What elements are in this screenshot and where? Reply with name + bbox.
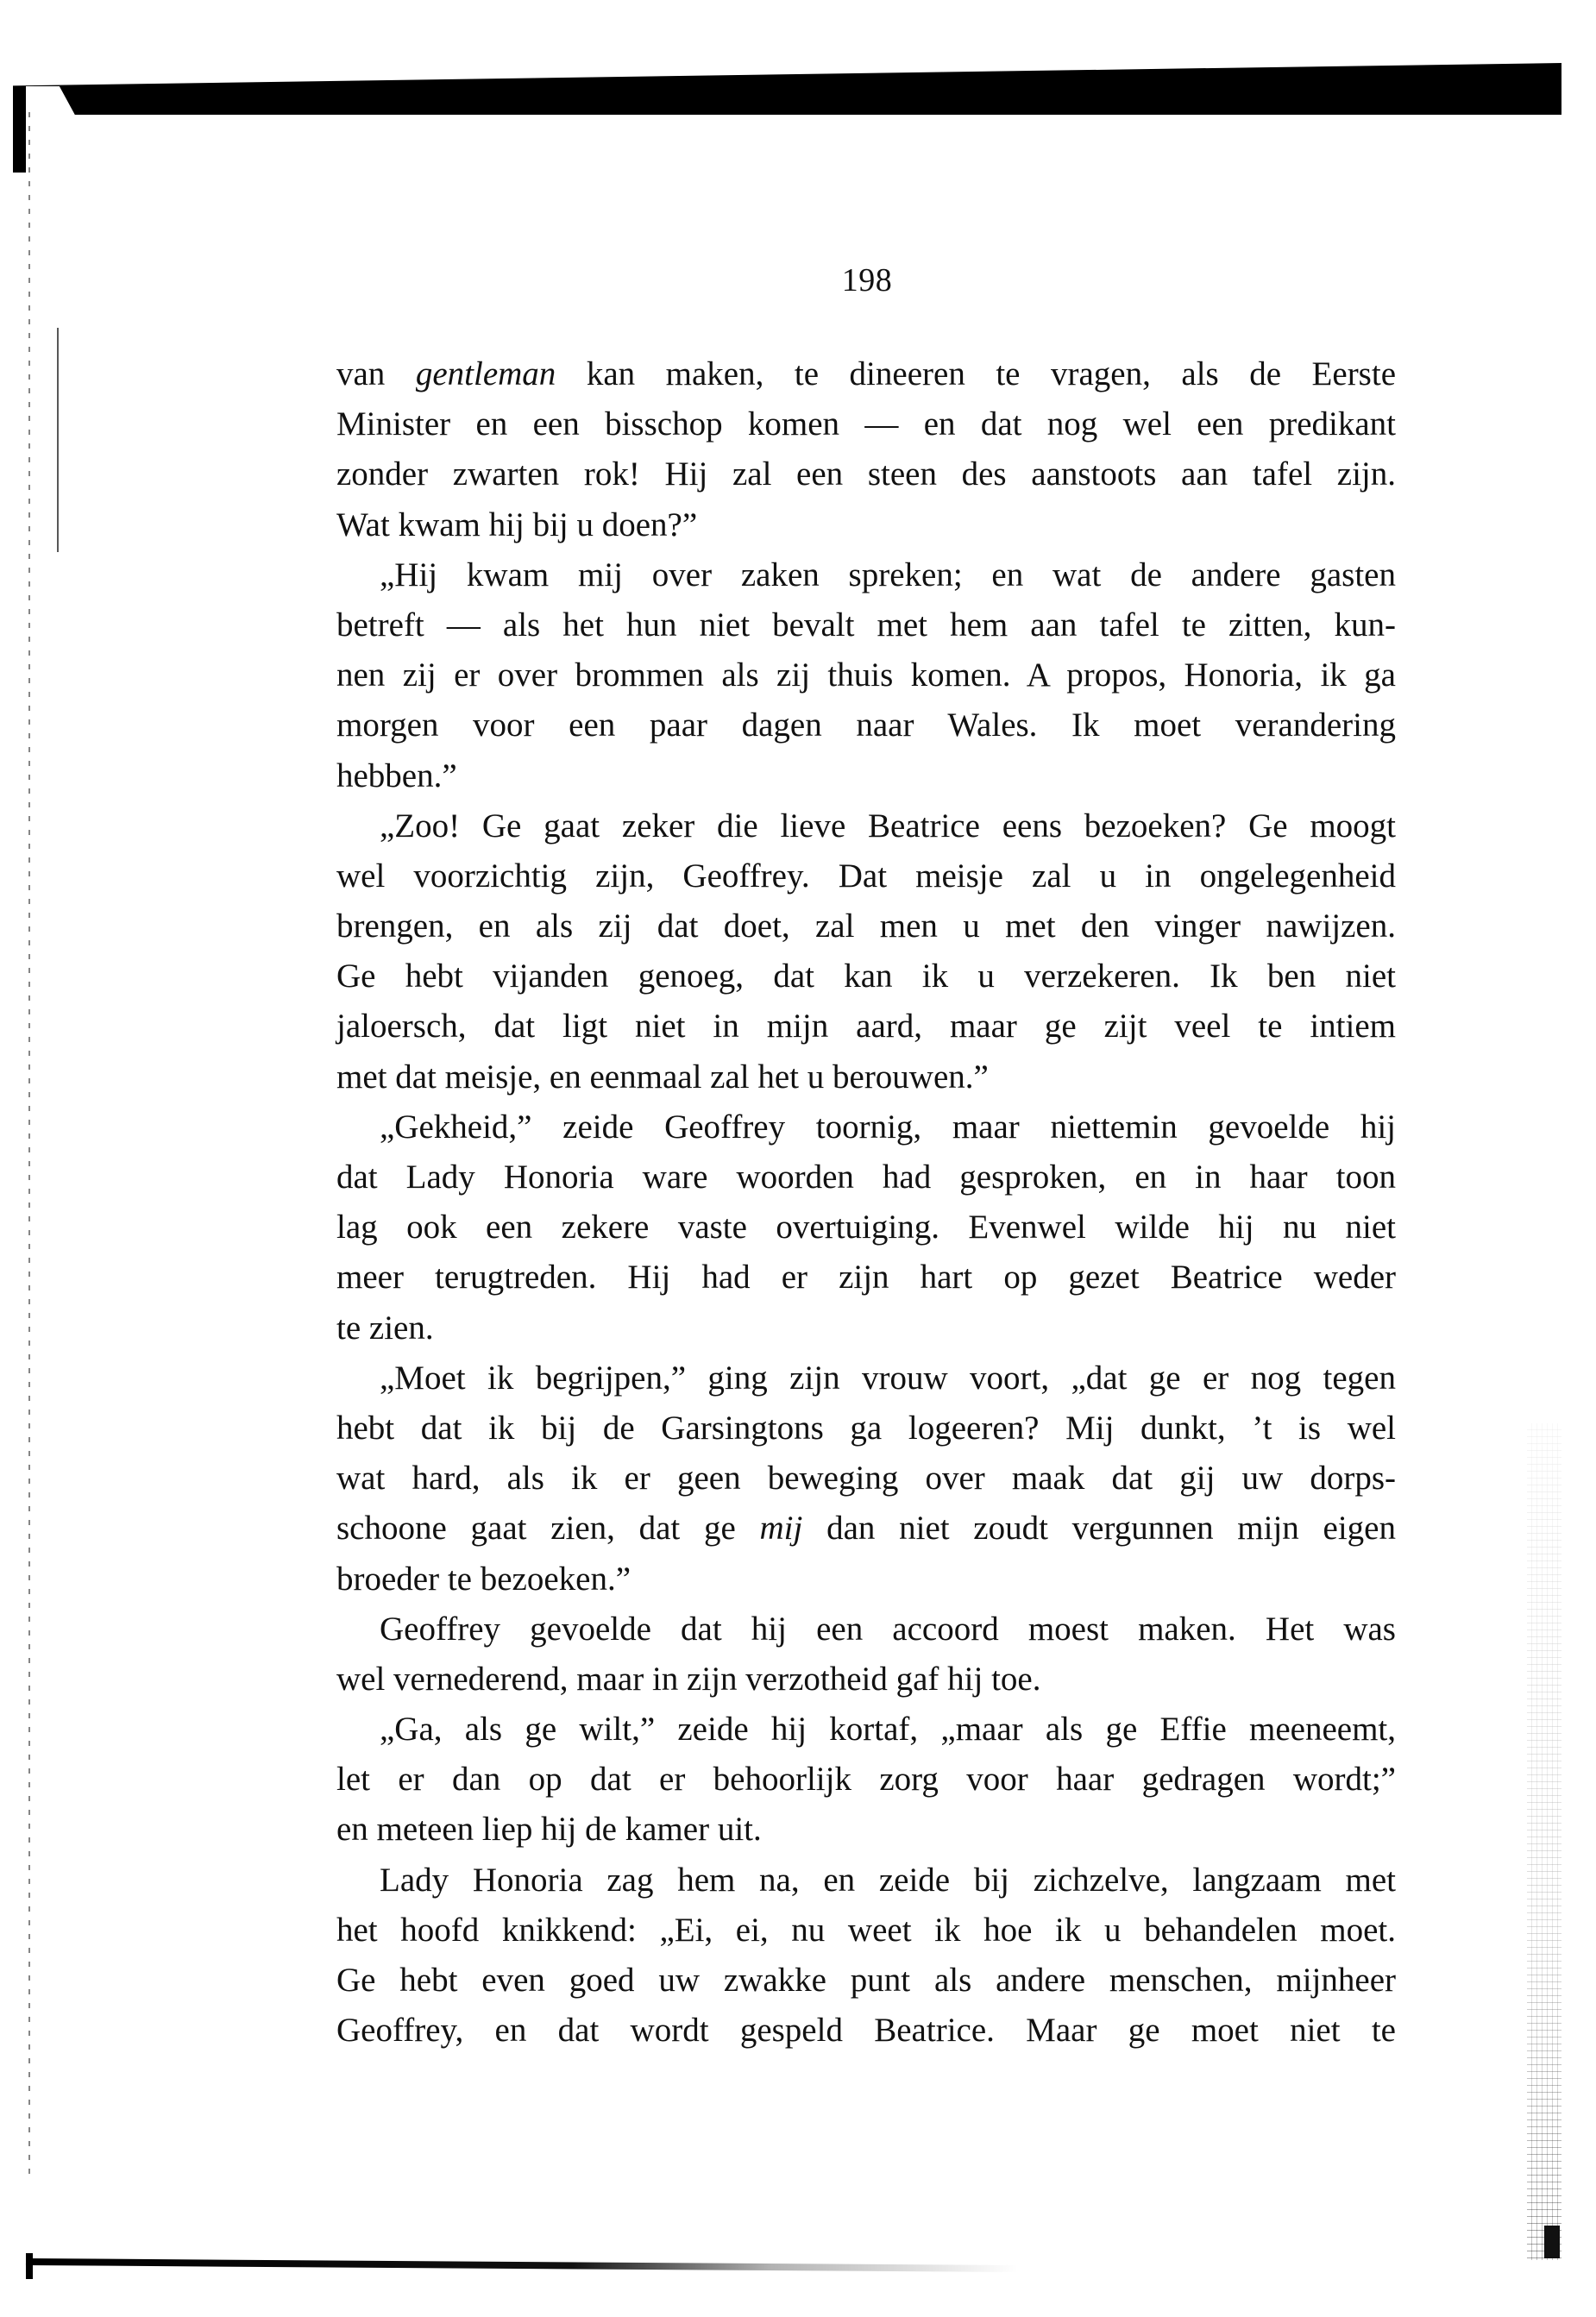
text-line: hebben.” bbox=[336, 751, 1396, 801]
text-segment: „Zoo! Ge gaat zeker die lieve Beatrice e… bbox=[380, 807, 1396, 845]
text-line: hebt dat ik bij de Garsingtons ga logeer… bbox=[336, 1403, 1396, 1454]
text-segment: dan niet zoudt vergunnen mijn eigen bbox=[802, 1510, 1396, 1547]
text-line: meer terugtreden. Hij had er zijn hart o… bbox=[336, 1253, 1396, 1303]
text-segment: Ge hebt even goed uw zwakke punt als and… bbox=[336, 1962, 1396, 1999]
text-segment: kan maken, te dineeren te vragen, als de… bbox=[556, 355, 1396, 392]
text-line: Wat kwam hij bij u doen?” bbox=[336, 500, 1396, 550]
text-line: met dat meisje, en eenmaal zal het u ber… bbox=[336, 1052, 1396, 1102]
text-segment: meer terugtreden. Hij had er zijn hart o… bbox=[336, 1259, 1396, 1296]
paragraph-first-line: Geoffrey gevoelde dat hij een accoord mo… bbox=[336, 1604, 1396, 1655]
text-segment: van bbox=[336, 355, 416, 392]
text-segment: „Moet ik begrijpen,” ging zijn vrouw voo… bbox=[380, 1359, 1396, 1397]
text-segment: wel voorzichtig zijn, Geoffrey. Dat meis… bbox=[336, 857, 1396, 895]
text-segment: „Gekheid,” zeide Geoffrey toornig, maar … bbox=[380, 1108, 1396, 1146]
text-segment: schoone gaat zien, dat ge bbox=[336, 1510, 760, 1547]
text-line: lag ook een zekere vaste overtuiging. Ev… bbox=[336, 1202, 1396, 1253]
text-segment: Ge hebt vijanden genoeg, dat kan ik u ve… bbox=[336, 958, 1396, 995]
paragraph-first-line: „Hij kwam mij over zaken spreken; en wat… bbox=[336, 550, 1396, 600]
scan-edge-left bbox=[28, 112, 30, 2182]
text-segment: te zien. bbox=[336, 1309, 434, 1347]
text-segment: hebt dat ik bij de Garsingtons ga logeer… bbox=[336, 1410, 1396, 1447]
body-text: van gentleman kan maken, te dineeren te … bbox=[336, 349, 1396, 2056]
paragraph-first-line: „Ga, als ge wilt,” zeide hij kortaf, „ma… bbox=[336, 1705, 1396, 1755]
text-segment: Geoffrey, en dat wordt gespeld Beatrice.… bbox=[336, 2012, 1396, 2049]
text-segment: morgen voor een paar dagen naar Wales. I… bbox=[336, 706, 1396, 744]
text-line: te zien. bbox=[336, 1303, 1396, 1353]
text-segment: let er dan op dat er behoorlijk zorg voo… bbox=[336, 1761, 1396, 1798]
text-line: brengen, en als zij dat doet, zal men u … bbox=[336, 901, 1396, 951]
text-line: dat Lady Honoria ware woorden had gespro… bbox=[336, 1152, 1396, 1202]
paragraph-first-line: „Gekheid,” zeide Geoffrey toornig, maar … bbox=[336, 1102, 1396, 1152]
text-line: Ge hebt even goed uw zwakke punt als and… bbox=[336, 1956, 1396, 2006]
text-segment: Wat kwam hij bij u doen?” bbox=[336, 506, 697, 543]
text-segment: en meteen liep hij de kamer uit. bbox=[336, 1811, 762, 1848]
text-line: jaloersch, dat ligt niet in mijn aard, m… bbox=[336, 1002, 1396, 1052]
italic-word: mij bbox=[760, 1510, 803, 1547]
text-line: en meteen liep hij de kamer uit. bbox=[336, 1805, 1396, 1855]
text-segment: lag ook een zekere vaste overtuiging. Ev… bbox=[336, 1209, 1396, 1246]
scan-edge-bottom-corner bbox=[26, 2253, 33, 2279]
text-segment: broeder te bezoeken.” bbox=[336, 1560, 631, 1598]
text-line: Geoffrey, en dat wordt gespeld Beatrice.… bbox=[336, 2006, 1396, 2056]
text-line: van gentleman kan maken, te dineeren te … bbox=[336, 349, 1396, 399]
scan-edge-bottom-right-corner bbox=[1544, 2226, 1560, 2258]
scan-edge-right-speckle bbox=[1527, 1423, 1561, 2260]
paragraph-first-line: „Zoo! Ge gaat zeker die lieve Beatrice e… bbox=[336, 801, 1396, 851]
text-segment: Geoffrey gevoelde dat hij een accoord mo… bbox=[380, 1611, 1396, 1648]
text-segment: Minister en een bisschop komen — en dat … bbox=[336, 405, 1396, 443]
text-segment: het hoofd knikkend: „Ei, ei, nu weet ik … bbox=[336, 1912, 1396, 1949]
text-line: morgen voor een paar dagen naar Wales. I… bbox=[336, 700, 1396, 750]
text-line: broeder te bezoeken.” bbox=[336, 1554, 1396, 1604]
text-segment: hebben.” bbox=[336, 757, 457, 794]
text-segment: met dat meisje, en eenmaal zal het u ber… bbox=[336, 1058, 989, 1096]
text-segment: „Hij kwam mij over zaken spreken; en wat… bbox=[380, 556, 1396, 593]
text-segment: nen zij er over brommen als zij thuis ko… bbox=[336, 656, 1396, 694]
text-segment: brengen, en als zij dat doet, zal men u … bbox=[336, 907, 1396, 945]
text-segment: wat hard, als ik er geen beweging over m… bbox=[336, 1460, 1396, 1497]
text-segment: zonder zwarten rok! Hij zal een steen de… bbox=[336, 455, 1396, 493]
scan-edge-top-left bbox=[13, 86, 26, 173]
text-line: betreft — als het hun niet bevalt met he… bbox=[336, 600, 1396, 650]
scan-edge-bottom bbox=[26, 2258, 1018, 2272]
italic-word: gentleman bbox=[416, 355, 556, 392]
text-segment: Lady Honoria zag hem na, en zeide bij zi… bbox=[380, 1862, 1396, 1899]
paragraph-first-line: „Moet ik begrijpen,” ging zijn vrouw voo… bbox=[336, 1353, 1396, 1403]
text-line: wel vernederend, maar in zijn verzotheid… bbox=[336, 1655, 1396, 1705]
text-segment: dat Lady Honoria ware woorden had gespro… bbox=[336, 1158, 1396, 1196]
text-line: wel voorzichtig zijn, Geoffrey. Dat meis… bbox=[336, 851, 1396, 901]
text-line: het hoofd knikkend: „Ei, ei, nu weet ik … bbox=[336, 1906, 1396, 1956]
scan-edge-left-mark bbox=[57, 328, 59, 552]
text-segment: betreft — als het hun niet bevalt met he… bbox=[336, 606, 1396, 644]
text-line: wat hard, als ik er geen beweging over m… bbox=[336, 1454, 1396, 1504]
text-segment: jaloersch, dat ligt niet in mijn aard, m… bbox=[336, 1008, 1396, 1045]
text-line: nen zij er over brommen als zij thuis ko… bbox=[336, 650, 1396, 700]
text-line: Minister en een bisschop komen — en dat … bbox=[336, 399, 1396, 449]
text-segment: „Ga, als ge wilt,” zeide hij kortaf, „ma… bbox=[380, 1711, 1396, 1748]
paragraph-first-line: Lady Honoria zag hem na, en zeide bij zi… bbox=[336, 1855, 1396, 1906]
page-number: 198 bbox=[0, 261, 1596, 299]
text-segment: wel vernederend, maar in zijn verzotheid… bbox=[336, 1661, 1041, 1698]
scan-edge-top bbox=[13, 63, 1561, 115]
text-line: schoone gaat zien, dat ge mij dan niet z… bbox=[336, 1504, 1396, 1554]
text-line: zonder zwarten rok! Hij zal een steen de… bbox=[336, 449, 1396, 499]
text-line: let er dan op dat er behoorlijk zorg voo… bbox=[336, 1755, 1396, 1805]
text-line: Ge hebt vijanden genoeg, dat kan ik u ve… bbox=[336, 951, 1396, 1002]
